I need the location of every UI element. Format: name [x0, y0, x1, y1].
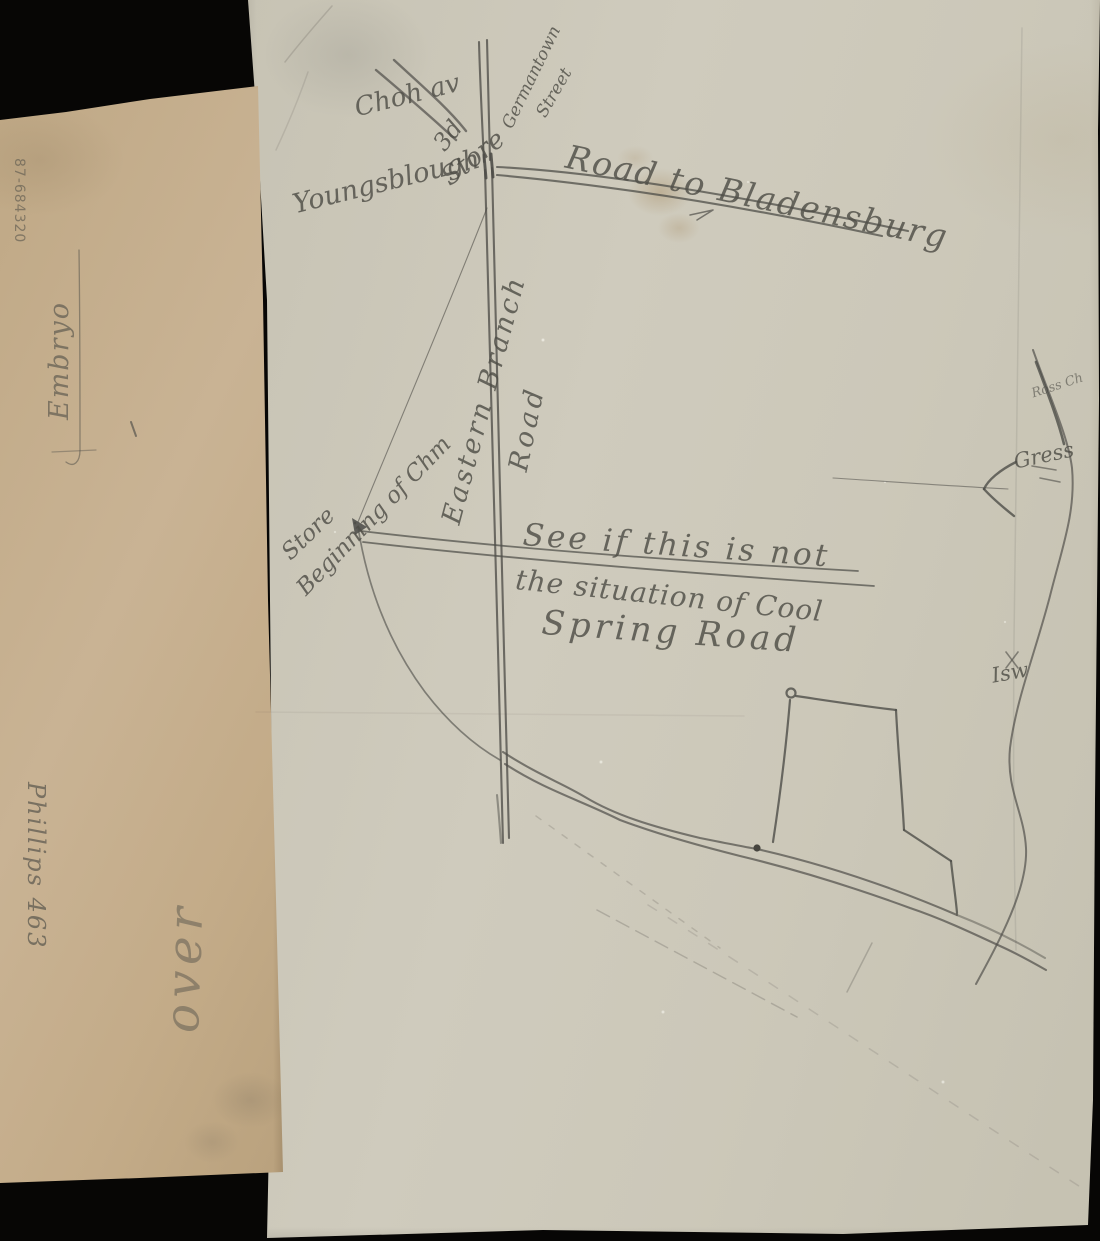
property-outline [753, 689, 957, 914]
strip-title: Embryo [46, 301, 73, 420]
scanned-map-page: Choh av 3d Youngsblough Store Germantown… [0, 0, 1100, 1241]
catalog-number: 87-684320 [12, 158, 26, 243]
phillips-number: Phillips 463 [24, 782, 48, 949]
boundary-curve [358, 527, 500, 760]
arrow-line [833, 478, 1008, 489]
lower-road-line [503, 752, 1046, 970]
strip-scribble: over [158, 901, 211, 1034]
